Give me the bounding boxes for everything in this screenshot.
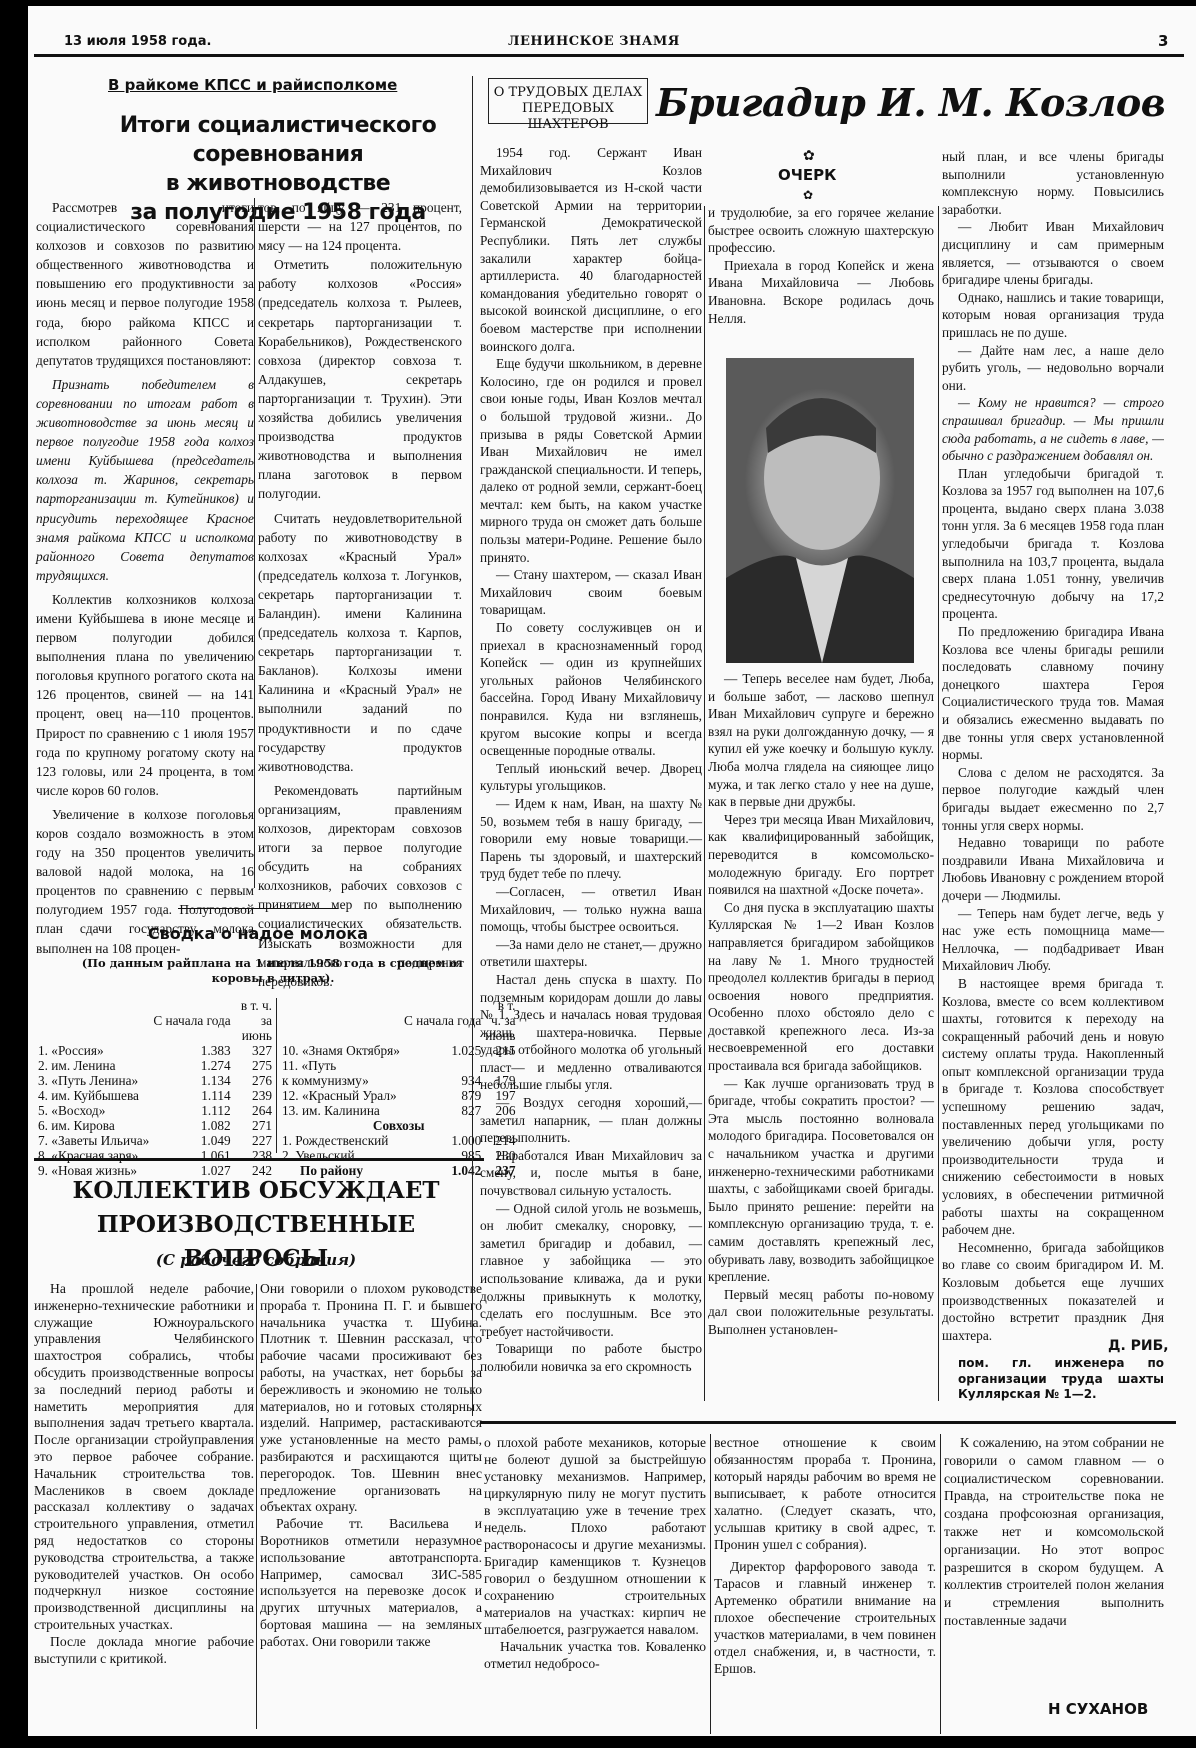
article1-column-2: тов, по яйцу — 231 процент, шерсти — на …	[258, 198, 462, 991]
article2-column-2-bottom: — Теперь веселее нам будет, Люба, и боль…	[708, 670, 934, 1339]
article3-author: Н СУХАНОВ	[1048, 1700, 1148, 1718]
cell-name: 12. «Красный Урал»	[280, 1088, 402, 1103]
paragraph: Признать победителем в соревновании по и…	[36, 375, 254, 585]
ornament-icon: ✿	[803, 188, 813, 202]
paragraph: К сожалению, на этом собрании не говорил…	[944, 1434, 1164, 1630]
portrait-silhouette-icon	[726, 358, 914, 663]
cell-year: 1.274	[151, 1058, 232, 1073]
newspaper-page: 13 июля 1958 года. ЛЕНИНСКОЕ ЗНАМЯ 3 В р…	[28, 6, 1196, 1736]
paragraph: Товарищи по работе быстро полюбили нович…	[480, 1340, 702, 1375]
article3-subtitle: (С рабочего собрания)	[28, 1251, 484, 1269]
paragraph: Начальник участка тов. Коваленко отметил…	[484, 1638, 706, 1672]
article1-title-line: Итоги социалистического соревнования	[68, 111, 488, 169]
column-rule	[254, 198, 255, 888]
section-rule	[178, 908, 338, 909]
newspaper-name: ЛЕНИНСКОЕ ЗНАМЯ	[508, 34, 680, 49]
paragraph: После доклада многие рабочие выступили с…	[34, 1634, 254, 1668]
paragraph: —Согласен, — ответил Иван Михайлович, — …	[480, 883, 702, 936]
table-row: 3. «Путь Ленина»1.134276	[36, 1073, 274, 1088]
paragraph: — Кому не нравится? — строго спрашивал б…	[942, 394, 1164, 464]
cell-name: 7. «Заветы Ильича»	[36, 1133, 151, 1148]
article1-title-line: в животноводстве	[68, 169, 488, 198]
cell-name: 11. «Путь	[280, 1058, 402, 1073]
column-rule	[938, 206, 939, 1401]
article2-column-3: ный план, и все члены бригады выполнили …	[942, 148, 1164, 1344]
cell-june: 275	[233, 1058, 274, 1073]
paragraph: Они говорили о плохом руководстве прораб…	[260, 1281, 482, 1516]
paragraph: Настал день спуска в шахту. По подземным…	[480, 971, 702, 1094]
cell-name: 2. им. Ленина	[36, 1058, 151, 1073]
milk-table-left-grid: С начала годав т. ч. за июнь 1. «Россия»…	[36, 998, 274, 1178]
article1-rubric: В райкоме КПСС и райисполкоме	[108, 76, 397, 94]
table-divider	[276, 998, 277, 1153]
article3-column-5: К сожалению, на этом собрании не говорил…	[944, 1434, 1164, 1630]
paragraph: — Как лучше организовать труд в бригаде,…	[708, 1075, 934, 1286]
paragraph: План угледобычи бригадой т. Козлова за 1…	[942, 465, 1164, 623]
column-rule	[710, 1434, 711, 1734]
paragraph: Несомненно, бригада забойщиков во главе …	[942, 1239, 1164, 1345]
cell-year: 1.383	[151, 1043, 232, 1058]
column-rule	[256, 1284, 257, 1729]
paragraph: Директор фарфорового завода т. Тарасов и…	[714, 1558, 936, 1677]
paragraph: По совету сослуживцев он и приехал в кра…	[480, 619, 702, 760]
table-row: 2. им. Ленина1.274275	[36, 1058, 274, 1073]
cell-name: 5. «Восход»	[36, 1103, 151, 1118]
paragraph: Недавно товарищи по работе поздравили Ив…	[942, 834, 1164, 904]
rubric-line: О ТРУДОВЫХ ДЕЛАХ	[489, 85, 647, 101]
cell-name: к коммунизму»	[280, 1073, 402, 1088]
article2-author: Д. РИБ,	[1108, 1338, 1169, 1354]
paragraph: Первый месяц работы по-новому дал свои п…	[708, 1286, 934, 1339]
section-rule-thick	[34, 1158, 484, 1161]
table-row: 4. им. Куйбышева1.114239	[36, 1088, 274, 1103]
paragraph: Еще будучи школьником, в деревне Колосин…	[480, 355, 702, 566]
article3-column-3: о плохой работе механиков, которые не бо…	[484, 1434, 706, 1672]
paragraph: Приехала в город Копейск и жена Ивана Ми…	[708, 257, 934, 327]
table-row: 6. им. Кирова1.082271	[36, 1118, 274, 1133]
paragraph: Слова с делом не расходятся. За первое п…	[942, 764, 1164, 834]
paragraph: Теплый июньский вечер. Дворец культуры у…	[480, 760, 702, 795]
cell-year: 1.049	[151, 1133, 232, 1148]
cell-june: 271	[233, 1118, 274, 1133]
header-rule	[34, 54, 1184, 57]
table-row: 5. «Восход»1.112264	[36, 1103, 274, 1118]
milk-table-subtitle: (По данным райплана на 1 июля 1958 года …	[58, 956, 488, 986]
article2-column-2-top: и трудолюбие, за его горячее желание быс…	[708, 204, 934, 327]
paragraph: — Теперь веселее нам будет, Люба, и боль…	[708, 670, 934, 811]
cell-year: 1.114	[151, 1088, 232, 1103]
paragraph: Рабочие тт. Васильева и Воротников отмет…	[260, 1516, 482, 1650]
cell-year: 1.112	[151, 1103, 232, 1118]
cell-june: 276	[233, 1073, 274, 1088]
cell-name: 3. «Путь Ленина»	[36, 1073, 151, 1088]
cell-name: 1. Рождественский	[280, 1133, 402, 1148]
paragraph: о плохой работе механиков, которые не бо…	[484, 1434, 706, 1638]
paragraph: ный план, и все члены бригады выполнили …	[942, 148, 1164, 218]
cell-name: 1. «Россия»	[36, 1043, 151, 1058]
portrait-photo	[726, 358, 914, 663]
paragraph: — Воздух сегодня хороший,— заметил напар…	[480, 1094, 702, 1147]
paragraph: Через три месяца Иван Михайлович, как кв…	[708, 811, 934, 899]
paragraph: — Одной силой уголь не возьмешь, он люби…	[480, 1200, 702, 1341]
table-row: 1. «Россия»1.383327	[36, 1043, 274, 1058]
article3-column-1: На прошлой неделе рабочие, инженерно-тех…	[34, 1281, 254, 1667]
cell-year: 1.134	[151, 1073, 232, 1088]
article2-column-1: 1954 год. Сержант Иван Михайлович Козлов…	[480, 144, 702, 1376]
paragraph: — Дайте нам лес, а наше дело рубить угол…	[942, 342, 1164, 395]
article3-column-4: вестное отношение к своим обязанностям п…	[714, 1434, 936, 1677]
cell-name: 6. им. Кирова	[36, 1118, 151, 1133]
paragraph: Рассмотрев итоги социалистического сорев…	[36, 198, 254, 370]
issue-date: 13 июля 1958 года.	[64, 34, 211, 49]
section-rule-thick	[480, 1421, 1176, 1424]
col-header: в т. ч. за июнь	[233, 998, 274, 1043]
milk-table-title: Сводка о надое молока	[28, 924, 488, 943]
paragraph: тов, по яйцу — 231 процент, шерсти — на …	[258, 198, 462, 255]
paragraph: и трудолюбие, за его горячее желание быс…	[708, 204, 934, 257]
paragraph: — Идем к нам, Иван, на шахту № 50, возьм…	[480, 795, 702, 883]
cell-name: 13. им. Калинина	[280, 1103, 402, 1118]
paragraph: По предложению бригадира Ивана Козлова в…	[942, 623, 1164, 764]
rubric-line: ПЕРЕДОВЫХ ШАХТЕРОВ	[489, 101, 647, 133]
paragraph: — Теперь нам будет легче, ведь у нас уже…	[942, 905, 1164, 975]
page-number: 3	[1158, 32, 1168, 50]
paragraph: Отметить положительную работу колхозов «…	[258, 255, 462, 503]
column-rule	[472, 76, 473, 1416]
paragraph: Считать неудовлетворительной работу по ж…	[258, 509, 462, 776]
cell-year: 1.082	[151, 1118, 232, 1133]
article2-author-title: пом. гл. инженера по организации труда ш…	[958, 1356, 1164, 1403]
paragraph: Коллектив колхозников колхоза имени Куйб…	[36, 590, 254, 800]
paragraph: вестное отношение к своим обязанностям п…	[714, 1434, 936, 1553]
cell-name: 4. им. Куйбышева	[36, 1088, 151, 1103]
col-header: С начала года	[151, 998, 232, 1043]
article3-column-2: Они говорили о плохом руководстве прораб…	[260, 1281, 482, 1651]
paragraph: — Любит Иван Михайлович дисциплину и сам…	[942, 218, 1164, 288]
article1-column-1: Рассмотрев итоги социалистического сорев…	[36, 198, 254, 958]
paragraph: — Стану шахтером, — сказал Иван Михайлов…	[480, 566, 702, 619]
paragraph: —За нами дело не станет,— дружно ответил…	[480, 936, 702, 971]
cell-name: 10. «Знамя Октября»	[280, 1043, 402, 1058]
article2-rubric-box: О ТРУДОВЫХ ДЕЛАХ ПЕРЕДОВЫХ ШАХТЕРОВ	[488, 78, 648, 124]
column-rule	[940, 1434, 941, 1734]
paragraph: В настоящее время бригада т. Козлова, вм…	[942, 975, 1164, 1239]
cell-june: 264	[233, 1103, 274, 1118]
article2-genre: ОЧЕРК	[778, 166, 836, 184]
milk-table-right: С начала годав т. ч. за июнь 10. «Знамя …	[280, 998, 502, 1178]
paragraph: Со дня пуска в эксплуатацию шахты Кулляр…	[708, 899, 934, 1075]
table-row: 7. «Заветы Ильича»1.049227	[36, 1133, 274, 1148]
column-rule	[704, 206, 705, 1401]
ornament-icon: ✿	[803, 148, 815, 164]
article3-title-line: КОЛЛЕКТИВ ОБСУЖДАЕТ	[28, 1174, 484, 1208]
paragraph: На прошлой неделе рабочие, инженерно-тех…	[34, 1281, 254, 1634]
paragraph: 1954 год. Сержант Иван Михайлович Козлов…	[480, 144, 702, 355]
paragraph: Наработался Иван Михайлович за смену, и,…	[480, 1147, 702, 1200]
article2-title: Бригадир И. М. Козлов	[656, 80, 1165, 125]
cell-june: 227	[233, 1133, 274, 1148]
cell-june: 239	[233, 1088, 274, 1103]
cell-june: 327	[233, 1043, 274, 1058]
milk-table-left: С начала годав т. ч. за июнь 1. «Россия»…	[36, 998, 276, 1178]
paragraph: Однако, нашлись и такие товарищи, которы…	[942, 289, 1164, 342]
